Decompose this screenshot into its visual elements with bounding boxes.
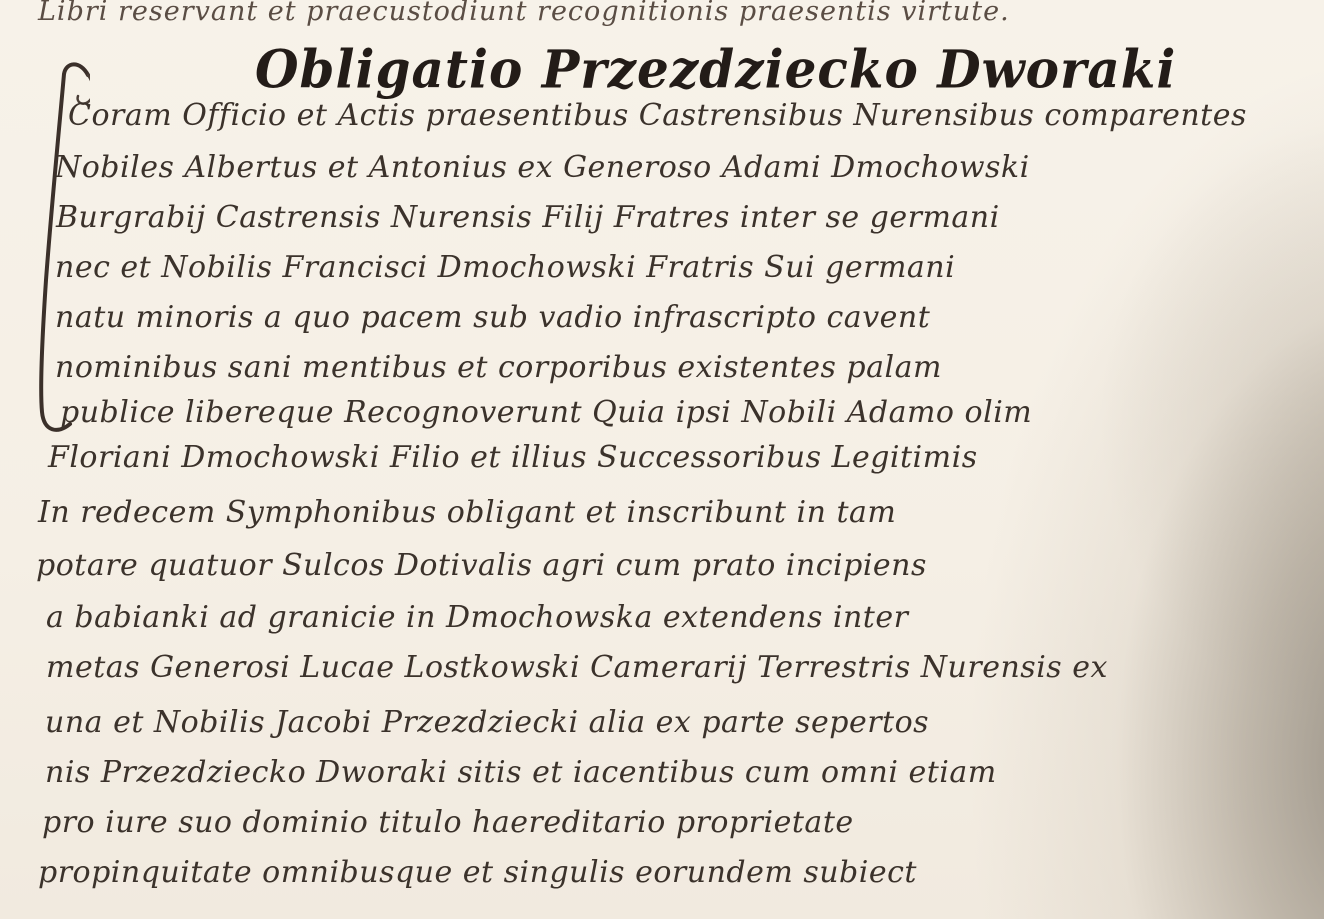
body-line: metas Generosi Lucae Lostkowski Camerari… <box>46 650 1108 685</box>
body-line: nominibus sani mentibus et corporibus ex… <box>55 350 942 385</box>
body-line: nec et Nobilis Francisci Dmochowski Frat… <box>55 250 955 285</box>
body-line: In redecem Symphonibus obligant et inscr… <box>38 495 896 530</box>
body-line: nis Przezdziecko Dworaki sitis et iacent… <box>45 755 997 790</box>
body-line: publice libereque Recognoverunt Quia ips… <box>60 395 1032 430</box>
body-line: natu minoris a quo pacem sub vadio infra… <box>55 300 930 335</box>
body-line: Floriani Dmochowski Filio et illius Succ… <box>48 440 978 475</box>
body-line: una et Nobilis Jacobi Przezdziecki alia … <box>45 705 929 740</box>
manuscript-page: Libri reservant et praecustodiunt recogn… <box>0 0 1324 919</box>
top-line-text: Libri reservant et praecustodiunt recogn… <box>38 0 1010 27</box>
body-line: Nobiles Albertus et Antonius ex Generoso… <box>55 150 1030 185</box>
body-line: potare quatuor Sulcos Dotivalis agri cum… <box>36 548 927 583</box>
body-line: Burgrabij Castrensis Nurensis Filij Frat… <box>56 200 1000 235</box>
body-line: pro iure suo dominio titulo haereditario… <box>42 805 854 840</box>
body-line: Coram Officio et Actis praesentibus Cast… <box>68 98 1247 133</box>
body-line: propinquitate omnibusque et singulis eor… <box>38 855 917 890</box>
body-line: a babianki ad granicie in Dmochowska ext… <box>46 600 908 635</box>
document-title: Obligatio Przezdziecko Dworaki <box>255 38 1176 100</box>
